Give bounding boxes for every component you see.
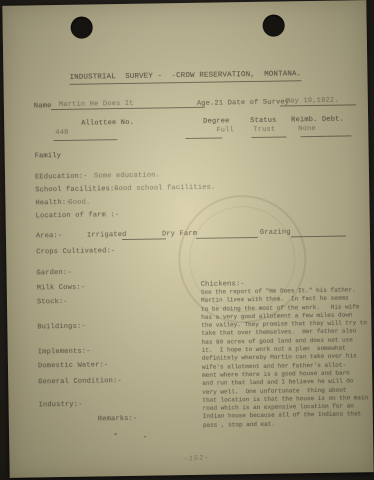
area-dry-farm-label: Dry Farm — [162, 230, 197, 239]
punch-hole-right — [262, 14, 284, 36]
header-allottee-no: Allottee No. — [81, 119, 134, 128]
punch-hole-left — [70, 16, 92, 38]
label-garden: Garden:- — [36, 269, 71, 278]
header-reimb-debt: Reimb. Debt. — [291, 116, 344, 125]
value-allottee-no: 440 — [55, 129, 68, 137]
label-area: Area:- — [36, 232, 63, 240]
area-grazing-blank — [291, 236, 346, 238]
page-number: -152- — [183, 454, 210, 464]
value-reimb-debt: None — [298, 125, 316, 133]
header-degree: Degree — [203, 117, 230, 125]
label-school-facilities: School facilities:- — [35, 185, 119, 194]
label-stock: Stock:- — [37, 298, 68, 306]
document-title-text: INDUSTRIAL SURVEY - -CROW RESERVATION, M… — [70, 70, 302, 84]
smudge-mark — [114, 433, 117, 435]
value-school-facilities: Good school facilities. — [114, 184, 215, 194]
label-health: Health:- — [35, 199, 70, 208]
label-family: Family — [35, 152, 62, 160]
name-value: Martin He Does It — [51, 99, 205, 110]
scanned-document: INDUSTRIAL SURVEY - -CROW RESERVATION, M… — [0, 0, 374, 480]
label-education: EEducation:- — [35, 173, 88, 182]
value-health: Good. — [68, 199, 90, 207]
value-degree: Full — [216, 126, 234, 134]
area-irrigated-label: Irrigated — [87, 231, 127, 240]
value-status: Trust — [253, 126, 275, 134]
notes-paragraph: See the report of "He Does It." his fath… — [201, 286, 374, 430]
label-buildings: Buildings:- — [37, 323, 86, 332]
label-crops-cultivated: Crops Cultivated:- — [36, 247, 115, 256]
area-irrigated-blank — [122, 238, 166, 240]
header-status: Status — [250, 117, 277, 125]
survey-date-value: May 19,1922. — [280, 96, 356, 106]
rule-under-degree — [185, 137, 222, 139]
label-implements: Implements:- — [38, 348, 91, 357]
value-education: Some education. — [94, 171, 160, 180]
label-industry: Industry:- — [39, 401, 83, 410]
document-title: INDUSTRIAL SURVEY - -CROW RESERVATION, M… — [3, 69, 367, 83]
name-label: Name — [34, 102, 52, 110]
rule-under-allottee — [53, 139, 117, 141]
paper-sheet: INDUSTRIAL SURVEY - -CROW RESERVATION, M… — [2, 0, 373, 478]
rule-under-status — [251, 136, 286, 138]
rule-under-reimb — [300, 135, 351, 137]
age-and-survey-text: Age.21 Date of Survey — [197, 98, 290, 107]
label-remarks: Remarks:- — [98, 415, 138, 424]
smudge-mark — [144, 436, 146, 438]
label-general-condition: General Condition:- — [38, 377, 122, 386]
label-location-of-farm: Location of farm :- — [36, 211, 120, 220]
label-domestic-water: Domestic Water:- — [38, 361, 109, 370]
area-grazing-label: Grazing — [260, 228, 291, 236]
label-milk-cows: Milk Cows:- — [37, 284, 86, 293]
